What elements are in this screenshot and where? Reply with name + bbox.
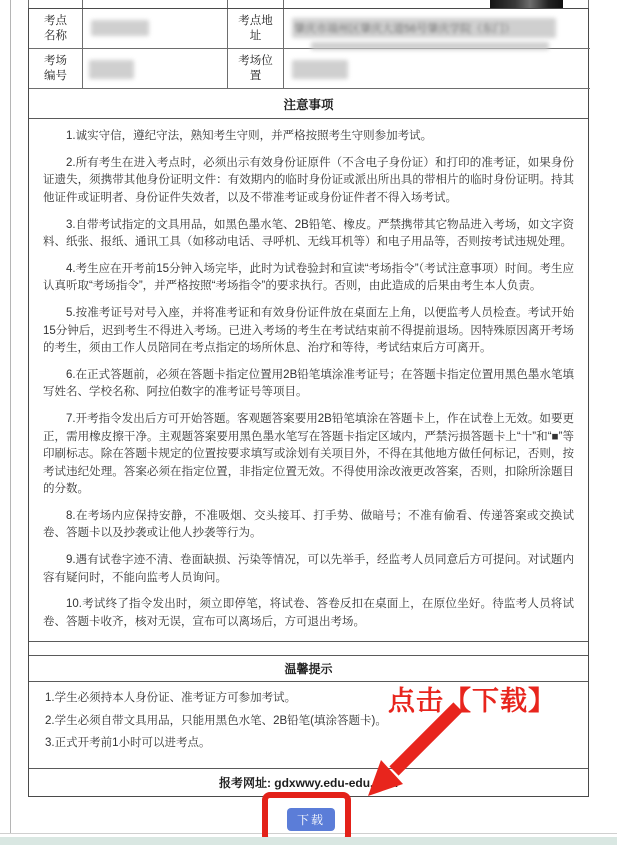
- admission-ticket-table: 考点名称 考点地址 肇庆市端州区肇庆大道56号肇庆学院（东门） 考场编号 考场位…: [28, 8, 589, 797]
- tip-item-1: 1.学生必须持本人身份证、准考证方可参加考试。: [45, 690, 574, 707]
- page-left-edge: [10, 0, 11, 833]
- site-name-value: [83, 9, 228, 49]
- notice-item-9: 9.遇有试卷字迹不清、卷面缺损、污染等情况，可以先举手，经监考人员同意后方可提问…: [43, 552, 574, 587]
- notice-item-8: 8.在考场内应保持安静，不准吸烟、交头接耳、打手势、做暗号；不准有偷看、传递答案…: [43, 508, 574, 543]
- notice-item-5: 5.按准考证号对号入座，并将准考证和有效身份证件放在桌面左上角，以便监考人员检查…: [43, 305, 574, 357]
- notice-item-6: 6.在正式答题前，必须在答题卡指定位置用2B铅笔填涂准考证号；在答题卡指定位置用…: [43, 367, 574, 402]
- tip-item-2: 2.学生必须自带文具用品，只能用黑色水笔、2B铅笔(填涂答题卡)。: [45, 713, 574, 730]
- table-border-remnant: [28, 0, 29, 8]
- table-border-remnant: [227, 0, 228, 8]
- notice-item-10: 10.考试终了指令发出时，须立即停笔，将试卷、答卷反扣在桌面上，在原位坐好。待监…: [43, 596, 574, 631]
- admission-ticket-page: 考点名称 考点地址 肇庆市端州区肇庆大道56号肇庆学院（东门） 考场编号 考场位…: [0, 0, 617, 845]
- notice-item-4: 4.考生应在开考前15分钟入场完毕，此时为试卷验封和宣读“考场指令”（考试注意事…: [43, 261, 574, 296]
- bottom-strip: [0, 837, 617, 845]
- tips-items-list: 1.学生必须持本人身份证、准考证方可参加考试。 2.学生必须自带文具用品，只能用…: [29, 682, 588, 769]
- download-button[interactable]: 下载: [287, 808, 335, 831]
- room-position-label: 考场位置: [228, 49, 284, 89]
- spacer-row: [29, 642, 588, 656]
- site-address-value: 肇庆市端州区肇庆大道56号肇庆学院（东门）: [284, 9, 590, 49]
- table-border-remnant: [82, 0, 83, 8]
- room-number-value: [83, 49, 228, 89]
- table-border-remnant: [588, 0, 589, 8]
- site-address-ghost-text: 肇庆市端州区肇庆大道56号肇庆学院（东门）: [294, 20, 574, 36]
- room-number-label: 考场编号: [29, 49, 83, 89]
- notice-item-2: 2.所有考生在进入考点时，必须出示有效身份证原件（不含电子身份证）和打印的准考证…: [43, 155, 574, 207]
- notice-item-1: 1.诚实守信，遵纪守法，熟知考生守则，并严格按照考生守则参加考试。: [43, 128, 574, 145]
- site-address-label: 考点地址: [228, 9, 284, 49]
- room-position-value: [284, 49, 590, 89]
- exam-info-grid: 考点名称 考点地址 肇庆市端州区肇庆大道56号肇庆学院（东门） 考场编号 考场位…: [29, 9, 588, 89]
- redacted-site-name: [91, 20, 149, 36]
- page-bottom-edge: [0, 833, 617, 834]
- notice-items-list: 1.诚实守信，遵纪守法，熟知考生守则，并严格按照考生守则参加考试。 2.所有考生…: [29, 119, 588, 642]
- site-name-label: 考点名称: [29, 9, 83, 49]
- notice-section-title: 注意事项: [29, 89, 588, 119]
- notice-item-7: 7.开考指令发出后方可开始答题。客观题答案要用2B铅笔填涂在答题卡上，作在试卷上…: [43, 411, 574, 498]
- registration-website: 报考网址: gdxwwy.edu-edu.com: [29, 769, 588, 796]
- redacted-room-position: [292, 60, 348, 79]
- notice-item-3: 3.自带考试指定的文具用品，如黑色墨水笔、2B铅笔、橡皮。严禁携带其它物品进入考…: [43, 217, 574, 252]
- tip-item-3: 3.正式开考前1小时可以进考点。: [45, 735, 574, 752]
- table-border-remnant: [283, 0, 284, 8]
- tips-section-title: 温馨提示: [29, 656, 588, 682]
- redacted-room-number: [89, 60, 134, 79]
